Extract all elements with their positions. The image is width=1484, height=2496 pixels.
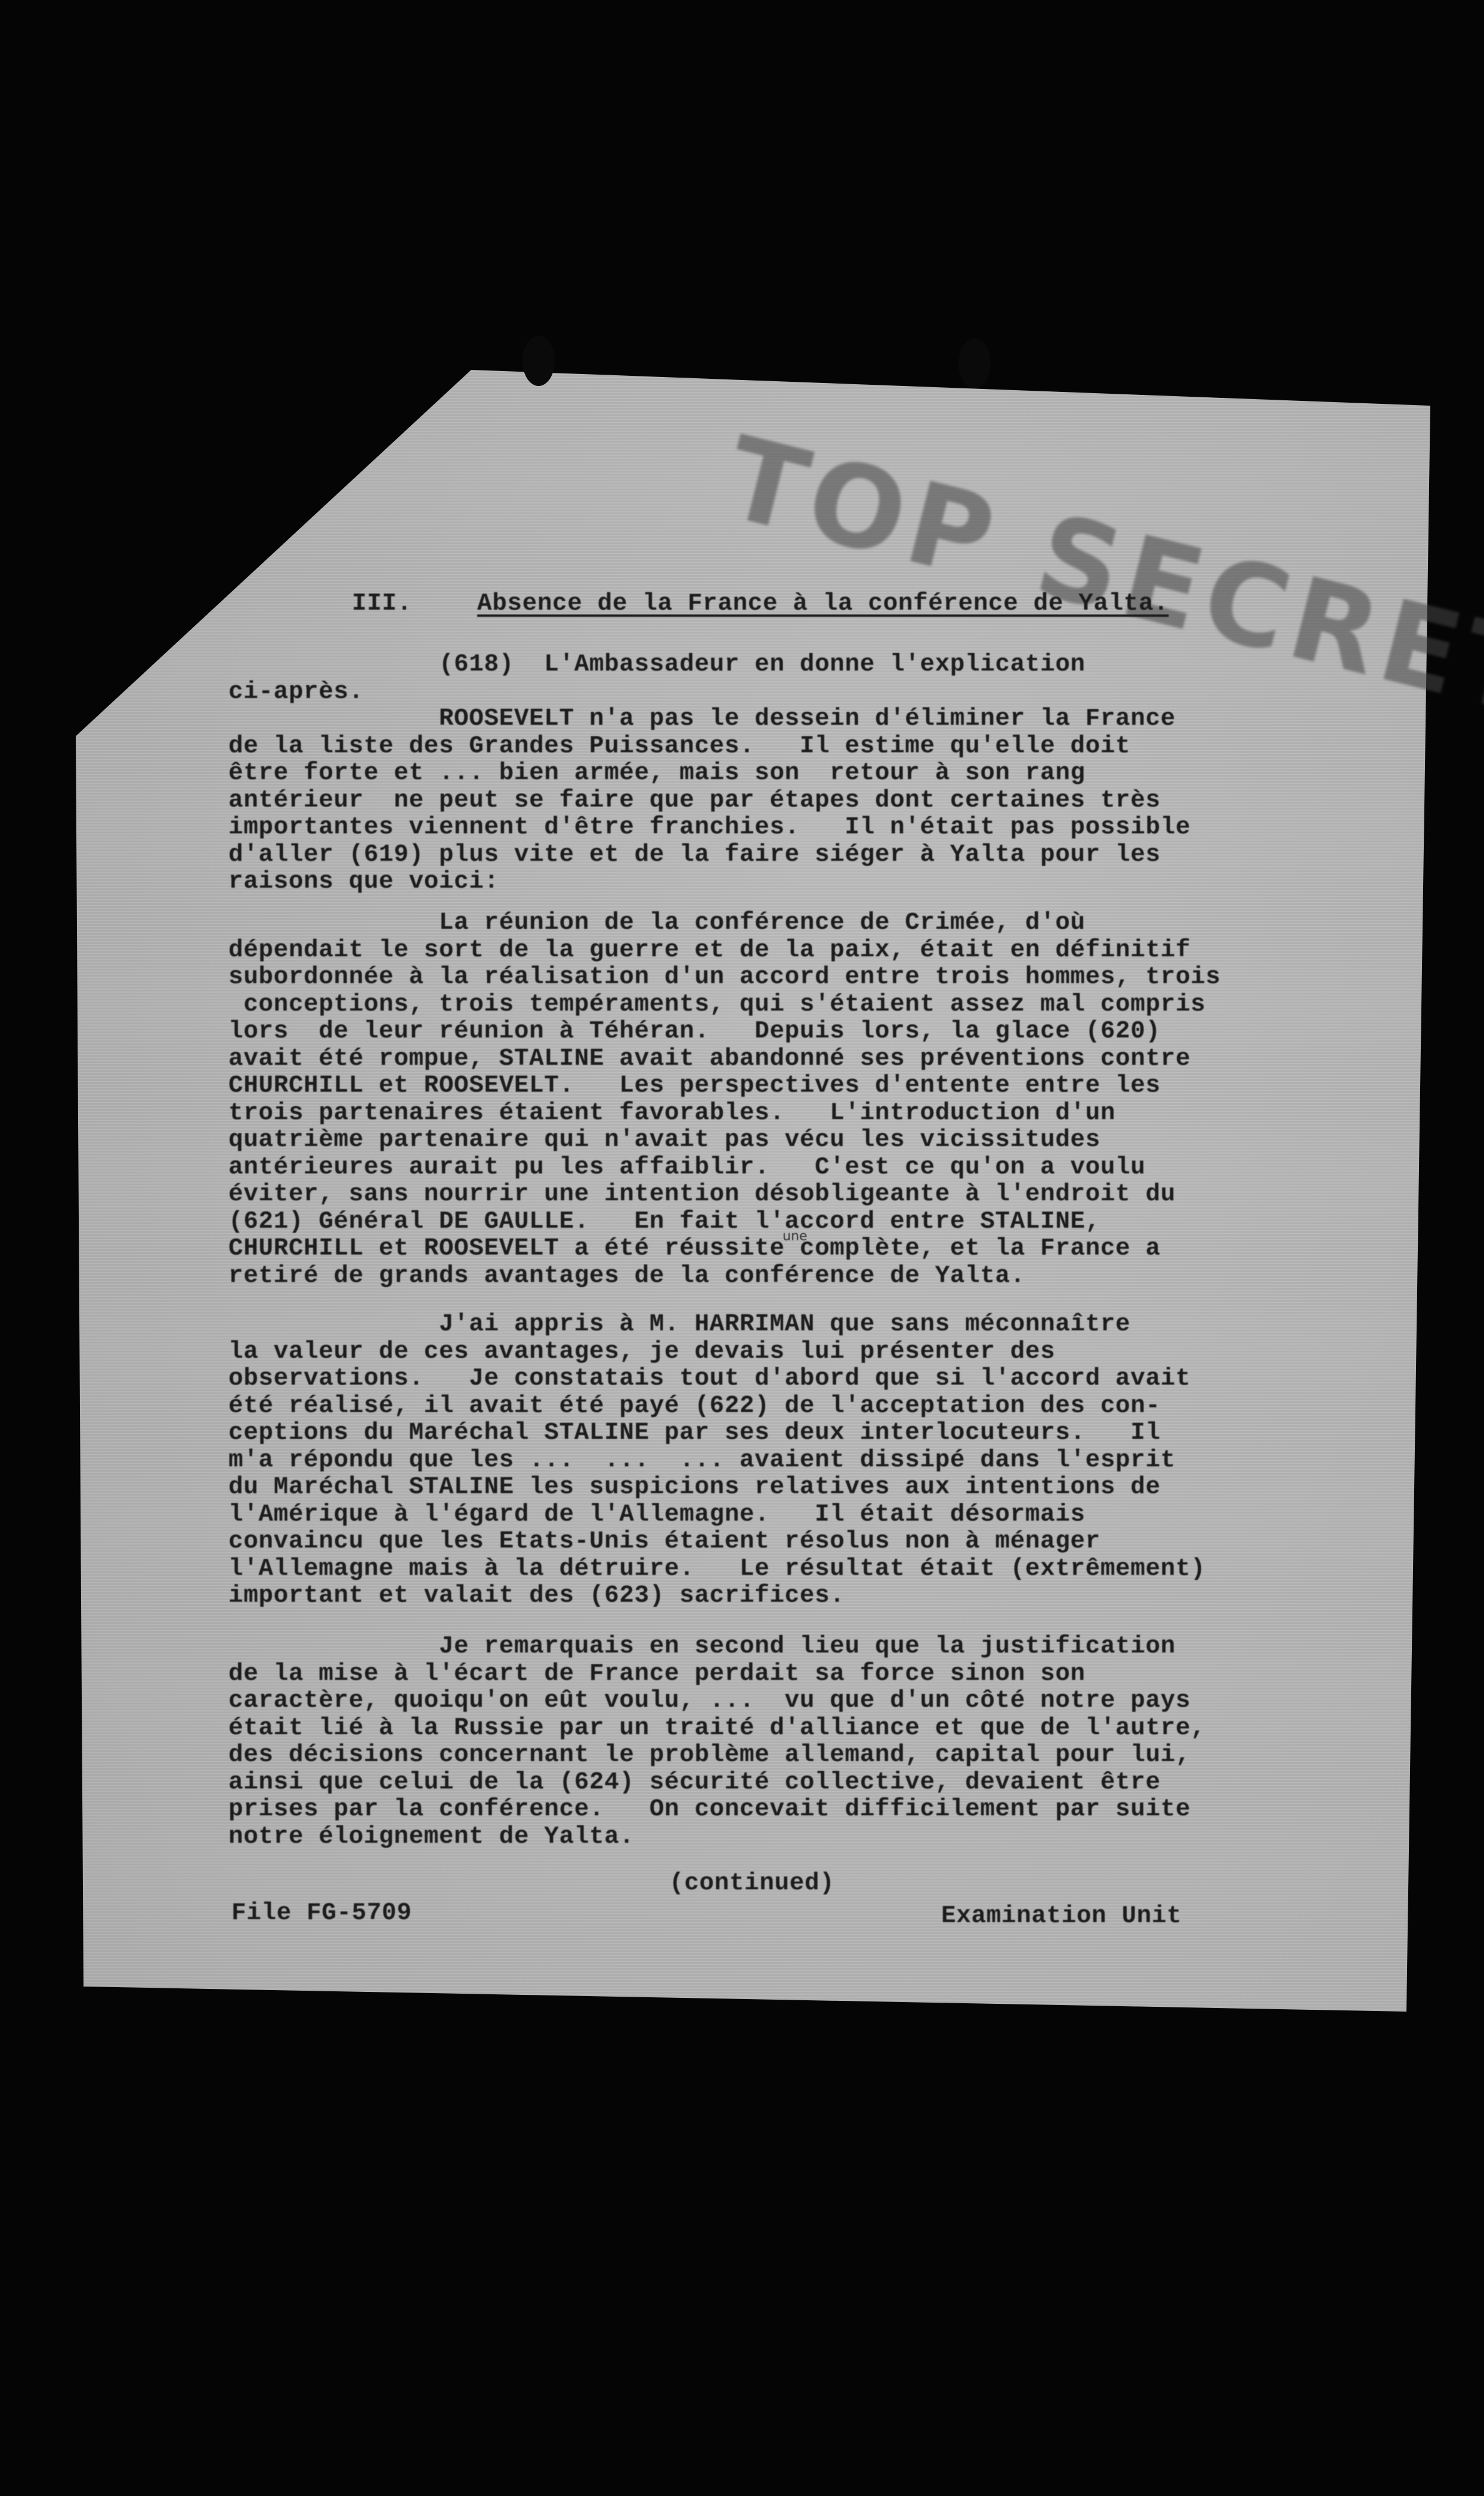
- paragraph-2: La réunion de la conférence de Crimée, d…: [228, 910, 1220, 1290]
- examination-unit: Examination Unit: [941, 1903, 1182, 1930]
- paragraph-4: Je remarquais en second lieu que la just…: [228, 1633, 1205, 1851]
- file-reference: File FG-5709: [231, 1900, 412, 1927]
- section-number: III.: [352, 591, 412, 618]
- interlinear-insert: une: [783, 1229, 807, 1244]
- paragraph-3: J'ai appris à M. HARRIMAN que sans mécon…: [228, 1311, 1205, 1610]
- section-title: Absence de la France à la conférence de …: [477, 591, 1168, 618]
- punch-hole-left: [523, 336, 555, 386]
- paragraph-1: (618) L'Ambassadeur en donne l'explicati…: [228, 651, 1191, 896]
- punch-hole-right: [959, 338, 991, 388]
- continued-note: (continued): [669, 1870, 834, 1898]
